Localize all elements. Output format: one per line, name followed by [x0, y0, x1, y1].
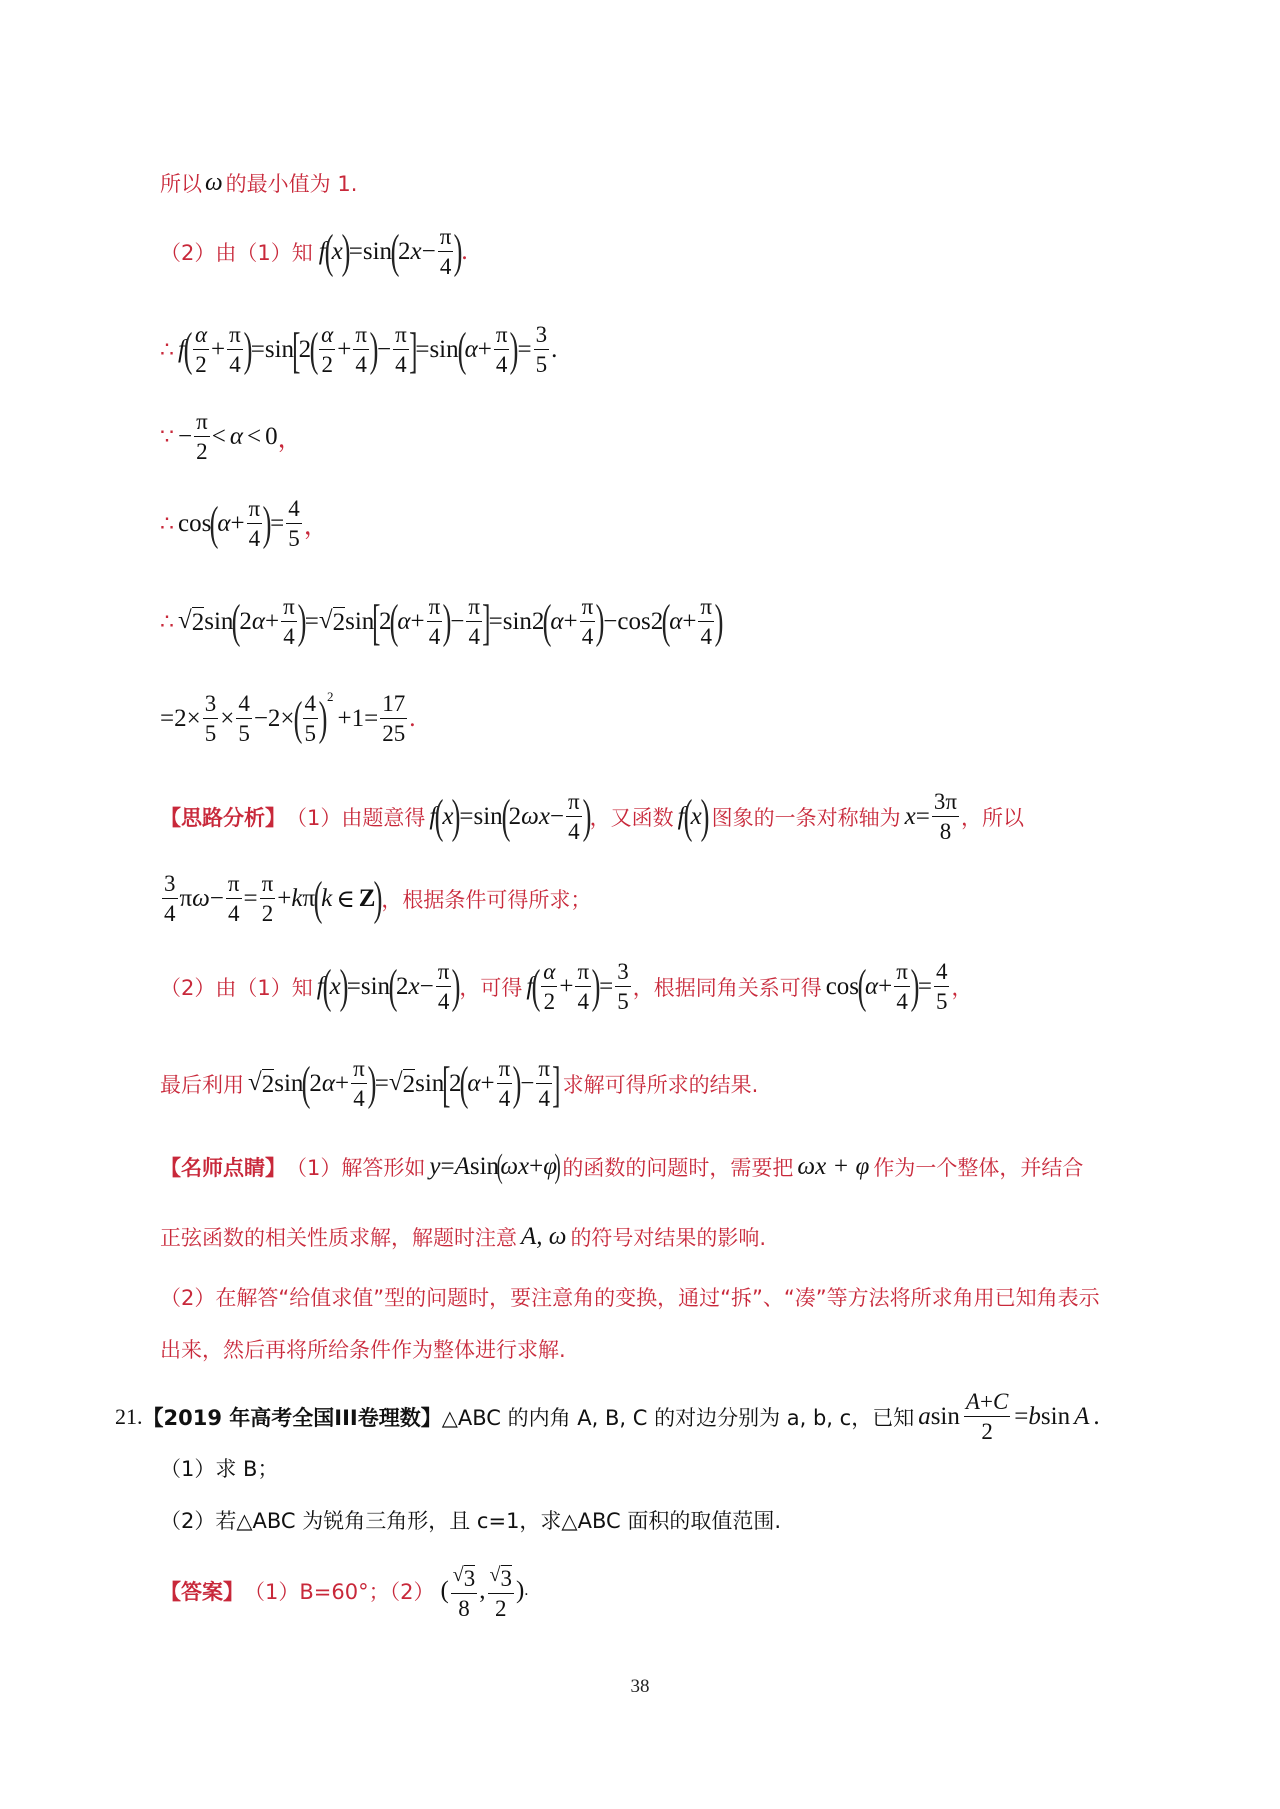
- teacher-tip-line-1: 【名师点睛】 （1）解答形如 y=Asin(ωx+φ) 的函数的问题时，需要把 …: [160, 1150, 1083, 1184]
- step3-formula: cos(α+π4)=45，: [178, 497, 329, 550]
- teacher-tip-line-2: 正弦函数的相关性质求解，解题时注意 A, ω 的符号对结果的影响.: [160, 1222, 766, 1252]
- problem-21-q2: （2）若△ABC 为锐角三角形，且 c=1，求△ABC 面积的取值范围.: [160, 1505, 781, 1535]
- analysis-text: （2）由（1）知: [160, 972, 313, 1002]
- analysis-formula-cos: cos(α+π4)=45: [826, 960, 952, 1013]
- problem-stem-end: .: [1093, 1403, 1099, 1431]
- therefore-symbol: ∴: [160, 337, 174, 363]
- answer-formula: (√38,√32): [440, 1562, 524, 1620]
- teacher-tip-label: 【名师点睛】: [160, 1152, 286, 1182]
- analysis-text: （1）由题意得: [286, 802, 425, 832]
- analysis-text: 图象的一条对称轴为: [712, 802, 901, 832]
- step2-condition-line: ∵ −π2<α<0，: [160, 410, 303, 463]
- because-symbol: ∵: [160, 424, 174, 450]
- question-1-text: （1）求 B；: [160, 1453, 278, 1483]
- analysis-text: ，又函数: [590, 802, 674, 832]
- analysis-formula-axis: x=3π8: [905, 790, 961, 843]
- analysis-text: ，根据同角关系可得: [633, 972, 822, 1002]
- analysis-formula-sqrt2: √2sin(2α+π4)=√2sin[2(α+π4)−π4]: [248, 1057, 559, 1110]
- problem-21-q1: （1）求 B；: [160, 1453, 278, 1483]
- analysis-formula-fx2: f(x): [678, 793, 708, 841]
- analysis-line-1: 【思路分析】 （1）由题意得 f(x)=sin(2ωx−π4) ，又函数 f(x…: [160, 790, 1024, 843]
- teacher-tip-text: 出来，然后再将所给条件作为整体进行求解.: [160, 1334, 566, 1364]
- step5-formula: =2×35×45−2×(45)2+1=1725.: [160, 692, 415, 745]
- problem-21-stem: 21. 【2019 年高考全国III卷理数】 △ABC 的内角 A, B, C …: [115, 1390, 1100, 1443]
- problem-number: 21.: [115, 1404, 143, 1430]
- solution-conclusion-line: 所以 ω 的最小值为 1.: [160, 168, 357, 198]
- analysis-line-3: （2）由（1）知 f(x)=sin(2x−π4) ，可得 f(α2+π4)=35…: [160, 960, 972, 1013]
- problem-stem-text: △ABC 的内角 A, B, C 的对边分别为 a, b, c，已知: [442, 1402, 915, 1432]
- analysis-text: 最后利用: [160, 1069, 244, 1099]
- step1-formula: f(α2+π4)=sin[2(α2+π4)−π4]=sin(α+π4)=35.: [178, 323, 557, 376]
- step5-formula-line: =2×35×45−2×(45)2+1=1725.: [160, 692, 415, 745]
- analysis-formula-fx3: f(x)=sin(2x−π4): [317, 960, 460, 1013]
- therefore-symbol: ∴: [160, 609, 174, 635]
- step2-formula: −π2<α<0，: [178, 410, 303, 463]
- analysis-text: ，可得: [459, 972, 522, 1002]
- fx-definition-formula: f(x)=sin(2x−π4).: [319, 225, 468, 278]
- teacher-tip-formula-a-omega: A, ω: [521, 1223, 566, 1251]
- analysis-text: ，根据条件可得所求；: [381, 884, 591, 914]
- teacher-tip-text: （1）解答形如: [286, 1152, 425, 1182]
- problem-stem-formula: asinA+C2=bsinA: [918, 1390, 1089, 1443]
- conclusion-text-a: 所以: [160, 168, 202, 198]
- omega-symbol: ω: [205, 169, 223, 197]
- teacher-tip-text: 作为一个整体，并结合: [873, 1152, 1083, 1182]
- therefore-symbol: ∴: [160, 511, 174, 537]
- teacher-tip-line-3: （2）在解答“给值求值”型的问题时，要注意角的变换，通过“拆”、“凑”等方法将所…: [160, 1282, 1100, 1312]
- question-2-text: （2）若△ABC 为锐角三角形，且 c=1，求△ABC 面积的取值范围.: [160, 1505, 781, 1535]
- analysis-text: 求解可得所求的结果.: [563, 1069, 759, 1099]
- teacher-tip-text: 的函数的问题时，需要把: [562, 1152, 793, 1182]
- teacher-tip-text: 正弦函数的相关性质求解，解题时注意: [160, 1222, 517, 1252]
- analysis-line-2: 34πω−π4=π2+kπ(k∈Z) ，根据条件可得所求；: [160, 872, 591, 925]
- teacher-tip-formula-phase: ωx + φ: [797, 1153, 869, 1181]
- step1-formula-line: ∴ f(α2+π4)=sin[2(α2+π4)−π4]=sin(α+π4)=35…: [160, 323, 557, 376]
- answer-text: （1）B=60°；（2）: [244, 1576, 434, 1606]
- answer-line: 【答案】 （1）B=60°；（2） (√38,√32) .: [160, 1562, 528, 1620]
- teacher-tip-text: （2）在解答“给值求值”型的问题时，要注意角的变换，通过“拆”、“凑”等方法将所…: [160, 1282, 1100, 1312]
- step3-formula-line: ∴ cos(α+π4)=45，: [160, 497, 329, 550]
- problem-source: 【2019 年高考全国III卷理数】: [143, 1402, 442, 1432]
- teacher-tip-text: 的符号对结果的影响.: [570, 1222, 766, 1252]
- teacher-tip-formula-y: y=Asin(ωx+φ): [429, 1150, 558, 1184]
- analysis-label: 【思路分析】: [160, 802, 286, 832]
- analysis-line-4: 最后利用 √2sin(2α+π4)=√2sin[2(α+π4)−π4] 求解可得…: [160, 1057, 758, 1110]
- part2-intro-line: （2）由（1）知 f(x)=sin(2x−π4).: [160, 225, 468, 278]
- analysis-formula-f-alpha: f(α2+π4)=35: [526, 960, 632, 1013]
- answer-label: 【答案】: [160, 1576, 244, 1606]
- step4-formula: √2sin(2α+π4)=√2sin[2(α+π4)−π4]=sin2(α+π4…: [178, 595, 722, 648]
- conclusion-text-b: 的最小值为 1.: [226, 168, 358, 198]
- analysis-formula-condition: 34πω−π4=π2+kπ(k∈Z): [160, 872, 381, 925]
- part2-intro-text: （2）由（1）知: [160, 237, 313, 267]
- teacher-tip-line-4: 出来，然后再将所给条件作为整体进行求解.: [160, 1334, 566, 1364]
- page-number: 38: [0, 1676, 1280, 1698]
- analysis-text: ，所以: [961, 802, 1024, 832]
- step4-formula-line: ∴ √2sin(2α+π4)=√2sin[2(α+π4)−π4]=sin2(α+…: [160, 595, 722, 648]
- answer-end: .: [524, 1582, 528, 1600]
- analysis-formula-fx: f(x)=sin(2ωx−π4): [429, 790, 589, 843]
- analysis-text: ，: [951, 972, 972, 1002]
